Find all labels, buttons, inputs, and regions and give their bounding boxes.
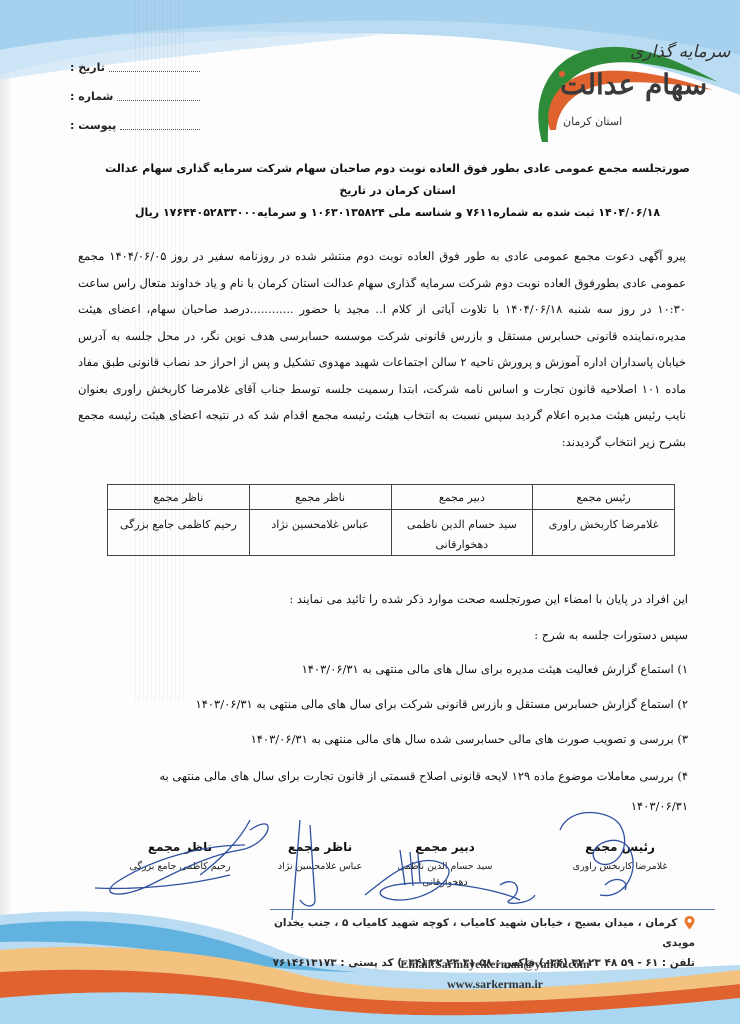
number-value — [117, 91, 200, 101]
table-header-row: رئیس مجمع دبیر مجمع ناظر مجمع ناظر مجمع — [108, 485, 675, 510]
confirmation-statement: این افراد در پایان با امضاء این صورتجلسه… — [100, 586, 688, 612]
attachment-label: پیوست : — [70, 119, 116, 132]
signature-supervisor-2: ناظر مجمع رحیم کاظمی جامع بزرگی — [105, 840, 255, 875]
attachment-value — [120, 120, 200, 130]
footer-website[interactable]: www.sarkerman.ir — [330, 977, 660, 992]
number-field: شماره : — [70, 87, 200, 105]
signature-name: عباس غلامحسین نژاد — [245, 859, 395, 875]
signature-role: ناظر مجمع — [105, 840, 255, 854]
document-title: صورتجلسه مجمع عمومی عادی بطور فوق العاده… — [100, 158, 695, 224]
agenda-item-3: ۳) بررسی و تصویب صورت های مالی حسابرسی ش… — [100, 726, 688, 752]
presiding-board-table: رئیس مجمع دبیر مجمع ناظر مجمع ناظر مجمع … — [107, 484, 675, 556]
signature-chairman: رئیس مجمع غلامرضا کاربخش راوری — [545, 840, 695, 875]
date-label: تاریخ : — [70, 61, 105, 74]
table-cell: عباس غلامحسین نژاد — [249, 510, 391, 556]
table-header: ناظر مجمع — [108, 485, 250, 510]
signature-name: غلامرضا کاربخش راوری — [545, 859, 695, 875]
agenda-item-1: ۱) استماع گزارش فعالیت هیئت مدیره برای س… — [100, 656, 688, 682]
document-page: سرمایه گذاری سهام عدالت استان کرمان تاری… — [0, 0, 740, 1024]
logo-text-brand: سهام عدالت — [560, 68, 707, 101]
table-cell: رحیم کاظمی جامع بزرگی — [108, 510, 250, 556]
table-header: رئیس مجمع — [533, 485, 675, 510]
signature-name: رحیم کاظمی جامع بزرگی — [105, 859, 255, 875]
attachment-field: پیوست : — [70, 116, 200, 134]
logo-text-investment: سرمایه گذاری — [630, 42, 730, 62]
signature-role: دبیر مجمع — [385, 840, 505, 854]
agenda-item-2: ۲) استماع گزارش حسابرس مستقل و بازرس قان… — [100, 691, 688, 717]
signature-role: ناظر مجمع — [245, 840, 395, 854]
agenda-intro: سپس دستورات جلسه به شرح : — [100, 622, 688, 648]
date-value — [109, 62, 200, 72]
agenda-item-4: ۴) بررسی معاملات موضوع ماده ۱۲۹ لایحه قا… — [100, 761, 688, 821]
footer-email[interactable]: Email:Sarmaye.kerman@yahoo.com — [330, 957, 660, 972]
body-paragraph: پیرو آگهی دعوت مجمع عمومی عادی به طور فو… — [78, 243, 686, 455]
date-field: تاریخ : — [70, 58, 200, 76]
signature-supervisor-1: ناظر مجمع عباس غلامحسین نژاد — [245, 840, 395, 875]
location-pin-icon — [684, 916, 695, 930]
title-line-2: ۱۴۰۴/۰۶/۱۸ ثبت شده به شماره۷۶۱۱ و شناسه … — [100, 202, 695, 224]
table-header: ناظر مجمع — [249, 485, 391, 510]
title-line-1: صورتجلسه مجمع عمومی عادی بطور فوق العاده… — [100, 158, 695, 202]
signature-role: رئیس مجمع — [545, 840, 695, 854]
table-cell: غلامرضا کاربخش راوری — [533, 510, 675, 556]
table-row: غلامرضا کاربخش راوری سید حسام الدین ناظم… — [108, 510, 675, 556]
logo-text-province: استان کرمان — [563, 115, 622, 128]
footer-address: کرمان ، میدان بسیج ، خیابان شهید کامیاب … — [274, 917, 695, 949]
table-header: دبیر مجمع — [391, 485, 533, 510]
footer-address-line: کرمان ، میدان بسیج ، خیابان شهید کامیاب … — [255, 913, 695, 953]
table-cell: سید حسام الدین ناظمی دهخوارقانی — [391, 510, 533, 556]
scan-edge — [0, 0, 10, 1024]
number-label: شماره : — [70, 90, 113, 103]
